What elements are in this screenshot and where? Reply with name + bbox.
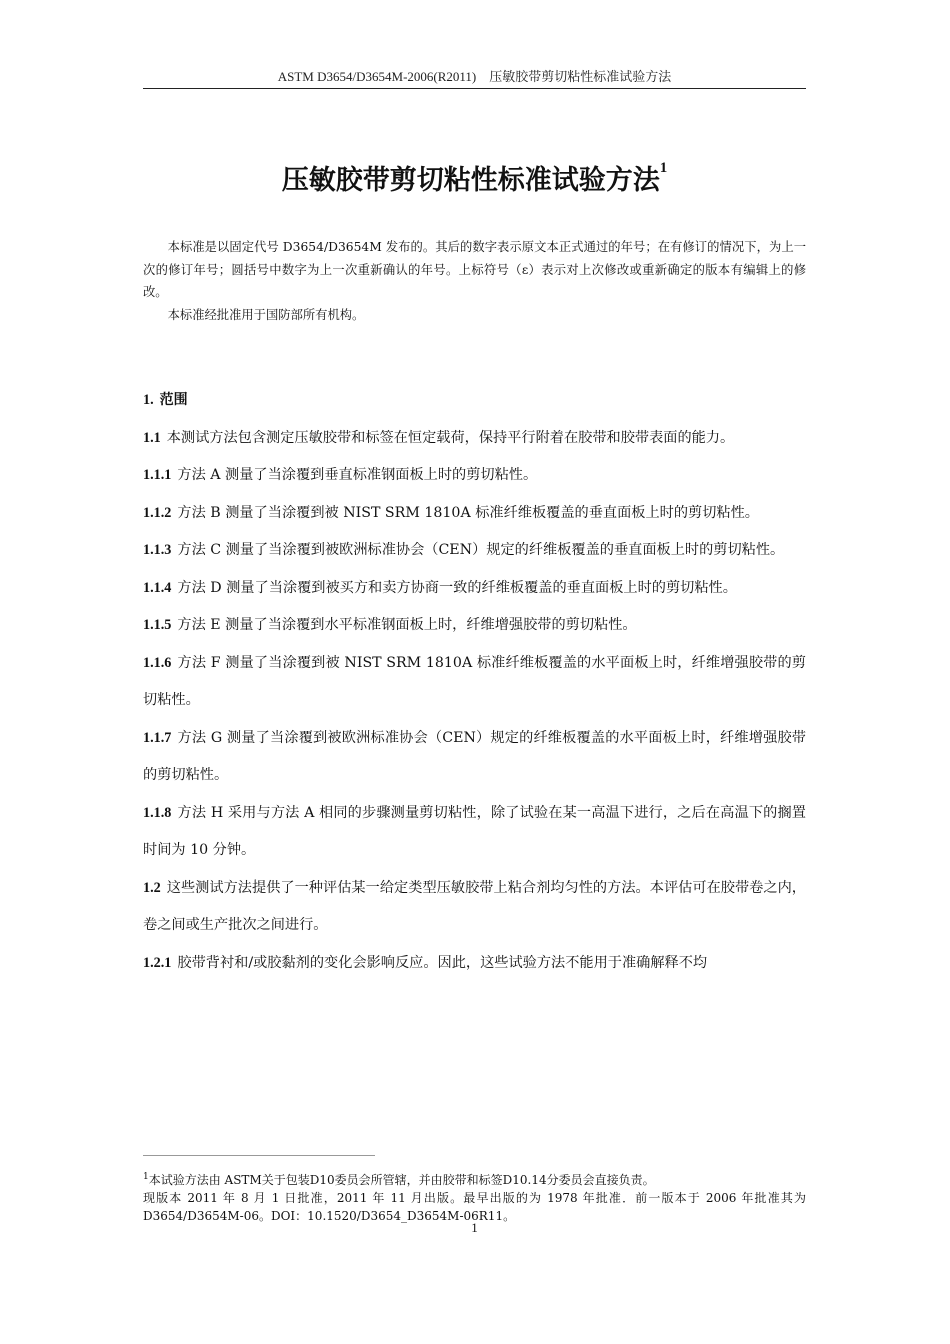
clause: 1.1.3方法 C 测量了当涂覆到被欧洲标准协会（CEN）规定的纤维板覆盖的垂直…	[143, 532, 806, 570]
footnote-line: 1本试验方法由 ASTM关于包装D10委员会所管辖，并由胶带和标签D10.14分…	[143, 1168, 806, 1189]
title-text: 压敏胶带剪切粘性标准试验方法	[282, 165, 660, 196]
intro-paragraph: 本标准经批准用于国防部所有机构。	[143, 304, 806, 327]
clause-number: 1.1.1	[143, 467, 171, 483]
clause-text: 方法 C 测量了当涂覆到被欧洲标准协会（CEN）规定的纤维板覆盖的垂直面板上时的…	[177, 542, 784, 558]
running-header: ASTM D3654/D3654M-2006(R2011) 压敏胶带剪切粘性标准…	[143, 66, 806, 85]
section-number: 1.	[143, 392, 154, 408]
footnote: 1本试验方法由 ASTM关于包装D10委员会所管辖，并由胶带和标签D10.14分…	[143, 1168, 806, 1225]
clause: 1.1.1方法 A 测量了当涂覆到垂直标准钢面板上时的剪切粘性。	[143, 457, 806, 495]
clause: 1.1.8方法 H 采用与方法 A 相同的步骤测量剪切粘性，除了试验在某一高温下…	[143, 795, 806, 870]
clause-text: 方法 G 测量了当涂覆到被欧洲标准协会（CEN）规定的纤维板覆盖的水平面板上时，…	[143, 730, 806, 784]
clause: 1.2这些测试方法提供了一种评估某一给定类型压敏胶带上粘合剂均匀性的方法。本评估…	[143, 870, 806, 945]
clause: 1.1本测试方法包含测定压敏胶带和标签在恒定载荷，保持平行附着在胶带和胶带表面的…	[143, 420, 806, 458]
clause-number: 1.1.4	[143, 580, 171, 596]
clause-number: 1.2.1	[143, 955, 171, 971]
clause-text: 本测试方法包含测定压敏胶带和标签在恒定载荷，保持平行附着在胶带和胶带表面的能力。	[167, 430, 735, 446]
intro-paragraph: 本标准是以固定代号 D3654/D3654M 发布的。其后的数字表示原文本正式通…	[143, 236, 806, 304]
clause-text: 方法 E 测量了当涂覆到水平标准钢面板上时，纤维增强胶带的剪切粘性。	[177, 617, 636, 633]
footnote-text: 本试验方法由 ASTM关于包装D10委员会所管辖，并由胶带和标签D10.14分委…	[149, 1173, 655, 1187]
document-title: 压敏胶带剪切粘性标准试验方法1	[143, 158, 806, 197]
clause-number: 1.1.3	[143, 542, 171, 558]
clause-text: 胶带背衬和/或胶黏剂的变化会影响反应。因此，这些试验方法不能用于准确解释不均	[177, 955, 707, 971]
title-footnote-mark: 1	[660, 160, 668, 176]
intro-block: 本标准是以固定代号 D3654/D3654M 发布的。其后的数字表示原文本正式通…	[143, 236, 806, 326]
clause-text: 方法 H 采用与方法 A 相同的步骤测量剪切粘性，除了试验在某一高温下进行，之后…	[143, 805, 806, 859]
header-divider	[143, 88, 806, 89]
clause: 1.1.6方法 F 测量了当涂覆到被 NIST SRM 1810A 标准纤维板覆…	[143, 645, 806, 720]
clause-number: 1.1	[143, 430, 161, 446]
section-title: 范围	[160, 392, 188, 408]
clause-number: 1.1.8	[143, 805, 171, 821]
clause-number: 1.1.5	[143, 617, 171, 633]
section-heading: 1.范围	[143, 382, 806, 420]
clause-text: 方法 B 测量了当涂覆到被 NIST SRM 1810A 标准纤维板覆盖的垂直面…	[177, 505, 759, 521]
page-number: 1	[143, 1220, 806, 1236]
clause-text: 这些测试方法提供了一种评估某一给定类型压敏胶带上粘合剂均匀性的方法。本评估可在胶…	[143, 880, 806, 934]
clause-text: 方法 F 测量了当涂覆到被 NIST SRM 1810A 标准纤维板覆盖的水平面…	[143, 655, 806, 709]
clause: 1.1.5方法 E 测量了当涂覆到水平标准钢面板上时，纤维增强胶带的剪切粘性。	[143, 607, 806, 645]
clause: 1.1.4方法 D 测量了当涂覆到被买方和卖方协商一致的纤维板覆盖的垂直面板上时…	[143, 570, 806, 608]
clause: 1.1.2方法 B 测量了当涂覆到被 NIST SRM 1810A 标准纤维板覆…	[143, 495, 806, 533]
clause-text: 方法 D 测量了当涂覆到被买方和卖方协商一致的纤维板覆盖的垂直面板上时的剪切粘性…	[177, 580, 737, 596]
clause: 1.2.1胶带背衬和/或胶黏剂的变化会影响反应。因此，这些试验方法不能用于准确解…	[143, 945, 806, 983]
clause: 1.1.7方法 G 测量了当涂覆到被欧洲标准协会（CEN）规定的纤维板覆盖的水平…	[143, 720, 806, 795]
section-scope: 1.范围 1.1本测试方法包含测定压敏胶带和标签在恒定载荷，保持平行附着在胶带和…	[143, 382, 806, 982]
clause-text: 方法 A 测量了当涂覆到垂直标准钢面板上时的剪切粘性。	[177, 467, 537, 483]
clause-number: 1.1.2	[143, 505, 171, 521]
clause-number: 1.2	[143, 880, 161, 896]
footnote-divider	[143, 1155, 375, 1156]
clause-number: 1.1.6	[143, 655, 171, 671]
clause-number: 1.1.7	[143, 730, 171, 746]
